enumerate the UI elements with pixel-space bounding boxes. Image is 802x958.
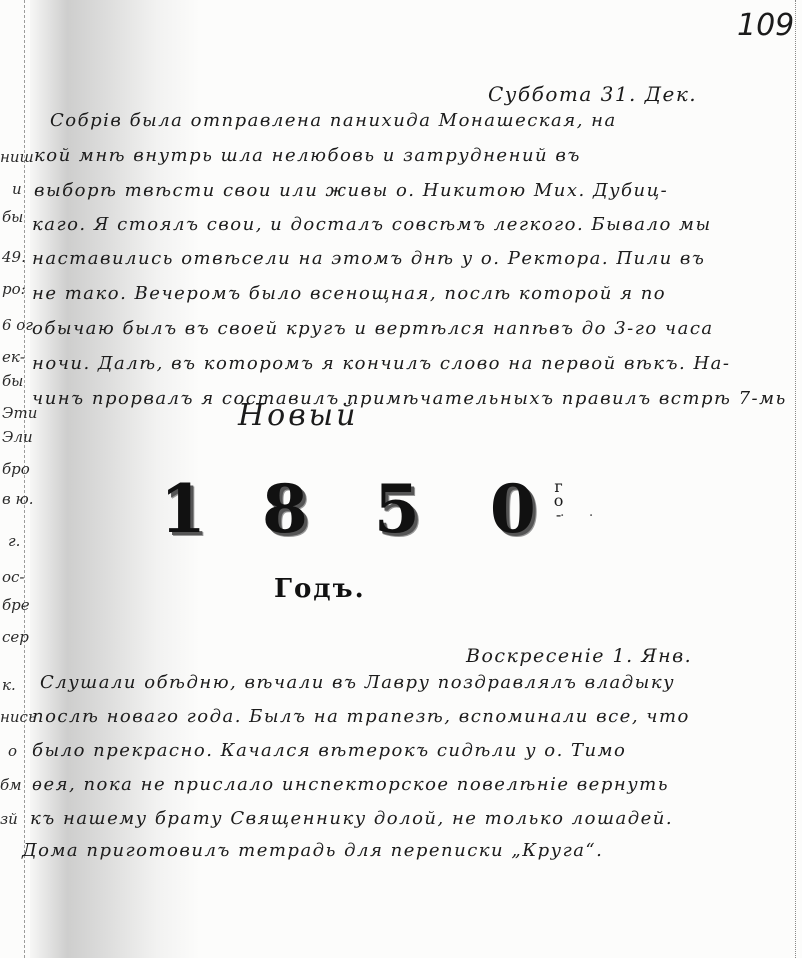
margin-note: ек- — [2, 348, 25, 366]
entry-line: каго. Я стоялъ свои, и досталъ совсѣмъ л… — [32, 214, 712, 235]
page-number: 109 — [737, 8, 794, 43]
margin-note: ос- — [2, 568, 25, 586]
entry-line: наставились отвѣсели на этомъ днѣ у о. Р… — [32, 248, 705, 269]
margin-note: Эли — [2, 428, 33, 446]
entry-line: чинъ прорвалъ я составилъ примѣчательных… — [32, 388, 787, 409]
margin-note: о — [8, 742, 17, 760]
entry-date-dec-31: Суббота 31. Дек. — [488, 82, 697, 106]
margin-note: ро: — [2, 280, 26, 298]
year-1850: 1 8 5 0 г о - — [160, 470, 563, 548]
margin-note: ниш — [0, 148, 34, 166]
entry-line: послѣ новаго года. Былъ на трапезѣ, вспо… — [32, 706, 690, 727]
heading-year-word: Годъ. — [274, 574, 366, 604]
margin-note: бро — [2, 460, 30, 478]
margin-note: 49. — [2, 248, 26, 266]
manuscript-page: 109 Суббота 31. Дек. Собрів была отправл… — [0, 0, 802, 958]
entry-line: ѳея, пока не прислало инспекторское пове… — [32, 774, 669, 795]
heading-new: Новый — [238, 398, 358, 433]
year-digit: 5 — [374, 470, 420, 548]
entry-line: не тако. Вечеромъ было всенощная, послѣ … — [32, 283, 666, 304]
year-digit: 1 — [160, 470, 206, 548]
margin-rule — [24, 0, 26, 958]
entry-date-jan-1: Воскресенiе 1. Янв. — [466, 645, 692, 667]
margin-note: 6 ог — [2, 316, 33, 334]
page-edge — [795, 0, 798, 958]
margin-note: нись — [0, 708, 36, 726]
margin-note: в ю. — [2, 490, 33, 508]
margin-note: бм — [0, 776, 22, 794]
margin-note: бы — [2, 208, 23, 226]
margin-note: к. — [2, 676, 16, 694]
entry-line: выборѣ твѣсти свои или живы о. Никитою М… — [34, 180, 668, 201]
entry-line: Дома приготовилъ тетрадь для переписки „… — [22, 840, 603, 861]
margin-note: зй — [0, 810, 18, 828]
entry-line: ночи. Далѣ, въ которомъ я кончилъ слово … — [32, 353, 731, 374]
margin-note: и — [12, 180, 22, 198]
entry-line: Собрів была отправлена панихида Монашеск… — [50, 110, 617, 131]
margin-note: Эти — [2, 404, 37, 422]
margin-note: сер — [2, 628, 29, 646]
entry-line: къ нашему брату Священнику долой, не тол… — [30, 808, 673, 829]
margin-note: г. — [8, 532, 20, 550]
margin-note: бы — [2, 372, 23, 390]
entry-line: кой мнѣ внутрь шла нелюбовь и затруднени… — [34, 145, 581, 166]
entry-line: Слушали обѣдню, вѣчали въ Лавру поздравл… — [40, 672, 675, 693]
entry-line: было прекрасно. Качался вѣтерокъ сидѣли … — [32, 740, 626, 761]
margin-note: бре — [2, 596, 30, 614]
year-digit: 8 — [262, 470, 308, 548]
year-digit: 0 — [490, 470, 536, 548]
stray-marks: · · — [560, 508, 603, 524]
entry-line: обычаю былъ въ своей кругъ и вертѣлся на… — [32, 318, 714, 339]
